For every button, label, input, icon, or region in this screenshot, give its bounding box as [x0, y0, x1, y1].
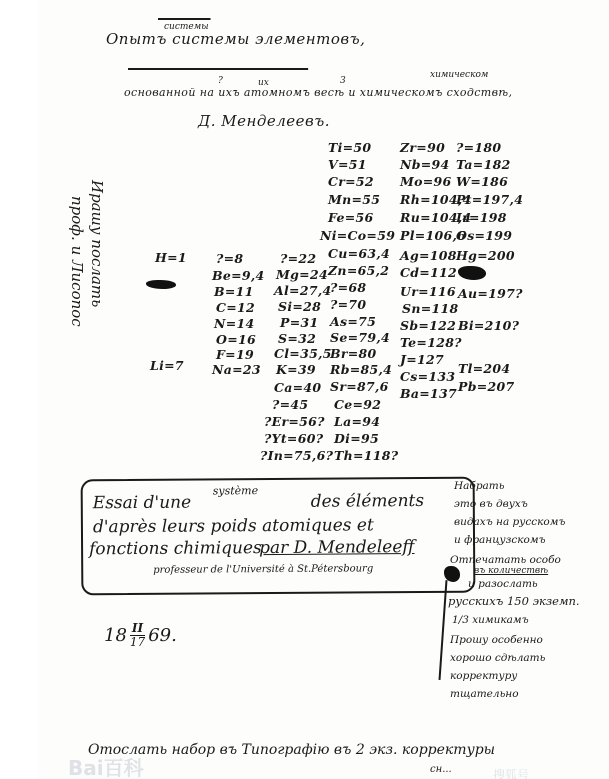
table-cell: Ur=116: [400, 284, 456, 299]
table-cell: Na=23: [212, 362, 261, 377]
margin-divider-line: [439, 580, 447, 680]
table-cell: ?=8: [216, 251, 243, 266]
margin-note-line: русскихъ 150 экземп.: [448, 594, 580, 608]
ink-blot: [458, 266, 486, 280]
table-cell: ?=180: [456, 140, 501, 155]
margin-note-line: и разослать: [468, 578, 538, 590]
table-cell: J=127: [400, 352, 444, 367]
french-line-2: d'après leurs poids atomiques et: [93, 515, 374, 537]
table-cell: Al=27,4: [274, 283, 331, 298]
table-cell: ?Er=56?: [264, 414, 325, 429]
margin-note-line: Отпечатать особо: [450, 554, 561, 566]
table-cell: B=11: [214, 284, 254, 299]
french-title-box: Essai d'une système des éléments d'après…: [81, 477, 476, 596]
table-cell: Sr=87,6: [330, 379, 389, 394]
table-cell: Ba=137: [400, 386, 457, 401]
table-cell: Tl=204: [458, 361, 510, 376]
table-cell: Ce=92: [334, 397, 381, 412]
margin-note-line: 1/3 химикамъ: [452, 614, 529, 626]
footer-continuation: сн...: [430, 764, 452, 775]
french-line-3-start: fonctions chimiques: [89, 538, 262, 559]
header-superscript-4: химическом: [430, 70, 488, 80]
margin-note-line: хорошо сдѣлать: [450, 652, 545, 664]
table-cell: ?Yt=60?: [264, 431, 323, 446]
table-cell: Sb=122: [400, 318, 456, 333]
table-cell: W=186: [456, 174, 508, 189]
table-cell: Cl=35,5: [274, 346, 332, 361]
table-cell: Cs=133: [400, 369, 455, 384]
table-cell: ?=45: [272, 397, 308, 412]
header-superscript-3: 3: [340, 76, 346, 86]
table-cell: Te=128?: [400, 335, 462, 350]
table-cell: V=51: [328, 157, 367, 172]
header-author: Д. Менделеевъ.: [198, 112, 330, 130]
table-cell: C=12: [216, 300, 255, 315]
date-year-prefix: 18: [104, 625, 127, 646]
table-cell: Rb=85,4: [330, 362, 392, 377]
table-cell: P=31: [280, 315, 318, 330]
table-cell: ?=70: [330, 297, 366, 312]
margin-note-line: Прошу особенно: [450, 634, 543, 646]
manuscript-date: 18 II 17 69.: [104, 622, 177, 649]
table-cell: Sn=118: [402, 301, 458, 316]
table-cell: Au=197?: [458, 286, 523, 301]
table-cell: Se=79,4: [330, 330, 390, 345]
table-cell: Hg=200: [456, 248, 515, 263]
date-month: II: [130, 622, 145, 636]
margin-note-line: въ количествѣ: [474, 566, 548, 576]
margin-note-line: и французскомъ: [454, 534, 546, 546]
margin-note-line: видахъ на русскомъ: [454, 516, 565, 528]
table-cell: Nb=94: [400, 157, 450, 172]
table-cell: H=1: [155, 250, 187, 265]
table-cell: Ag=108: [400, 248, 457, 263]
ink-blot: [146, 280, 176, 289]
table-cell: S=32: [278, 331, 316, 346]
table-cell: Cr=52: [328, 174, 374, 189]
margin-note-line: это въ двухъ: [454, 498, 528, 510]
table-cell: Fe=56: [328, 210, 374, 225]
date-year-suffix: 69.: [148, 625, 177, 646]
french-line-4: professeur de l'Université à St.Pétersbo…: [153, 563, 373, 576]
table-cell: O=16: [216, 332, 256, 347]
table-cell: Cd=112: [400, 265, 457, 280]
table-cell: Ta=182: [456, 157, 511, 172]
footer-line: Отослать набор въ Типографію въ 2 экз. к…: [88, 742, 495, 758]
table-cell: Mg=24: [276, 267, 328, 282]
table-cell: Si=28: [278, 299, 321, 314]
table-cell: Li=7: [150, 358, 184, 373]
margin-note-line: Набрать: [454, 480, 504, 492]
table-cell: ?In=75,6?: [260, 448, 333, 463]
margin-note-line: корректуру: [450, 670, 517, 682]
table-cell: Ti=50: [328, 140, 371, 155]
french-line-3-end: par D. Mendeleeff: [259, 537, 414, 558]
french-line-1-insert: système: [213, 484, 258, 497]
table-cell: ?=22: [280, 251, 316, 266]
table-cell: Bi=210?: [458, 318, 519, 333]
margin-note-line: тщательно: [450, 688, 519, 700]
ink-blot: [444, 566, 460, 582]
table-cell: Zr=90: [400, 140, 445, 155]
table-cell: Os=199: [456, 228, 512, 243]
table-cell: La=94: [334, 414, 380, 429]
table-cell: Ni=Co=59: [320, 228, 395, 243]
left-vertical-note-2: проф. и Лисопос: [68, 196, 86, 327]
french-line-1-suffix: des éléments: [311, 491, 424, 512]
header-line-2-struck: —————— ———————: [128, 62, 308, 77]
table-cell: N=14: [214, 316, 255, 331]
manuscript-page: ————— системы Опытъ системы элементовъ, …: [38, 0, 609, 779]
table-cell: Th=118?: [334, 448, 398, 463]
table-cell: Di=95: [334, 431, 379, 446]
table-cell: Zn=65,2: [328, 263, 389, 278]
header-line-3: основанной на ихъ атомномъ весѣ и химиче…: [124, 86, 512, 99]
table-cell: Br=80: [330, 346, 377, 361]
table-cell: K=39: [276, 362, 316, 377]
table-cell: As=75: [330, 314, 376, 329]
table-cell: ?=68: [330, 280, 366, 295]
table-cell: Pb=207: [458, 379, 515, 394]
french-line-1-prefix: Essai d'une: [93, 493, 191, 514]
table-cell: Ir=198: [456, 210, 507, 225]
table-cell: Mo=96: [400, 174, 452, 189]
left-vertical-note-1: Ирашу послать: [88, 180, 106, 307]
table-cell: Ca=40: [274, 380, 321, 395]
watermark-baike: Bai百科: [68, 752, 144, 779]
table-cell: Be=9,4: [212, 268, 265, 283]
table-cell: Cu=63,4: [328, 246, 390, 261]
header-superscript-1: ?: [218, 76, 223, 86]
date-fraction: II 17: [130, 622, 145, 649]
date-day: 17: [130, 636, 145, 649]
table-cell: Mn=55: [328, 192, 380, 207]
header-line-1: Опытъ системы элементовъ,: [106, 30, 365, 48]
table-cell: F=19: [216, 347, 254, 362]
watermark-sohu: 搜狐号: [493, 766, 529, 779]
table-cell: Pt=197,4: [456, 192, 523, 207]
